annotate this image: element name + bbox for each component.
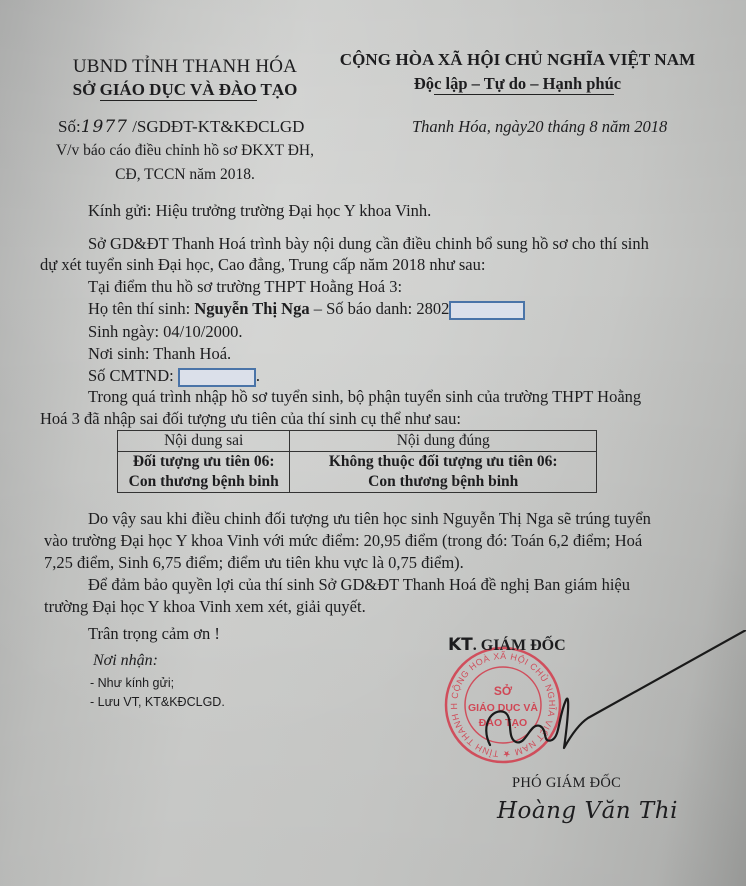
result-paragraph-line3: 7,25 điểm, Sinh 6,75 điểm; điểm ưu tiên … (44, 552, 464, 574)
correction-table: Nội dung sai Nội dung đúng Đối tượng ưu … (117, 430, 597, 493)
handwritten-number: 1977 (81, 117, 128, 137)
column-header-correct: Nội dung đúng (290, 431, 597, 452)
table-row: Đối tượng ưu tiên 06: Không thuộc đối tư… (118, 452, 597, 473)
recipient-item: - Lưu VT, KT&KĐCLGD. (90, 695, 225, 709)
official-seal-icon: CỘNG HOÀ XÃ HỘI CHỦ NGHĨA VIỆT NAM ★ TỈN… (443, 645, 563, 765)
province-committee: UBND TỈNH THANH HÓA (40, 55, 330, 79)
correct-value-line2: Con thương bệnh binh (290, 472, 597, 493)
date-of-birth: Sinh ngày: 04/10/2000. (88, 321, 242, 343)
location-line: Tại điểm thu hồ sơ trường THPT Hoằng Hoá… (88, 276, 402, 298)
recipients-title: Nơi nhận: (93, 652, 158, 670)
request-paragraph-line2: trường Đại học Y khoa Vinh xem xét, giải… (44, 596, 366, 618)
signer-position: PHÓ GIÁM ĐỐC (512, 775, 621, 792)
svg-text:GIÁO DỤC VÀ: GIÁO DỤC VÀ (468, 701, 538, 714)
department-name: SỞ GIÁO DỤC VÀ ĐÀO TẠO (40, 79, 330, 101)
id-number-line: Số CMTND: . (88, 365, 260, 387)
request-paragraph-line1: Để đảm bảo quyền lợi của thí sinh Sở GD&… (88, 574, 630, 596)
redacted-registration-number (449, 301, 525, 320)
national-header: CỘNG HÒA XÃ HỘI CHỦ NGHĨA VIỆT NAM Độc l… (330, 48, 705, 96)
national-motto: Độc lập – Tự do – Hạnh phúc (330, 72, 705, 96)
error-paragraph-line1: Trong quá trình nhập hồ sơ tuyển sinh, b… (88, 386, 641, 408)
recipient-line: Kính gửi: Hiệu trưởng trường Đại học Y k… (88, 200, 431, 222)
recipient-item: - Như kính gửi; (90, 676, 174, 690)
closing-line: Trân trọng cảm ơn ! (88, 623, 220, 645)
signature-title: KT. GIÁM ĐỐC (448, 635, 566, 655)
column-header-wrong: Nội dung sai (118, 431, 290, 452)
redacted-id-number (178, 368, 256, 387)
intro-paragraph-line2: dự xét tuyển sinh Đại học, Cao đẳng, Tru… (40, 254, 485, 276)
svg-text:SỞ: SỞ (494, 683, 513, 698)
wrong-value-line2: Con thương bệnh binh (118, 472, 290, 493)
place-of-birth: Nơi sinh: Thanh Hoá. (88, 343, 231, 365)
country-name: CỘNG HÒA XÃ HỘI CHỦ NGHĨA VIỆT NAM (330, 48, 705, 72)
issuing-authority-header: UBND TỈNH THANH HÓA SỞ GIÁO DỤC VÀ ĐÀO T… (40, 55, 330, 101)
signer-name: Hoàng Văn Thi (497, 798, 678, 824)
result-paragraph-line1: Do vậy sau khi điều chinh đối tượng ưu t… (88, 508, 651, 530)
error-paragraph-line2: Hoá 3 đã nhập sai đối tượng ưu tiên của … (40, 408, 461, 430)
candidate-line: Họ tên thí sinh: Nguyễn Thị Nga – Số báo… (88, 298, 525, 320)
document-date: Thanh Hóa, ngày20 tháng 8 năm 2018 (412, 117, 667, 137)
document-subject: V/v báo cáo điều chỉnh hồ sơ ĐKXT ĐH, CĐ… (50, 139, 320, 187)
table-row: Con thương bệnh binh Con thương bệnh bin… (118, 472, 597, 493)
intro-paragraph-line1: Sở GD&ĐT Thanh Hoá trình bày nội dung cầ… (88, 233, 649, 255)
document-number: Số:1977 /SGDĐT-KT&KĐCLGD (58, 117, 304, 137)
svg-text:ĐÀO TẠO: ĐÀO TẠO (479, 716, 527, 729)
wrong-value-line1: Đối tượng ưu tiên 06: (118, 452, 290, 473)
table-header-row: Nội dung sai Nội dung đúng (118, 431, 597, 452)
result-paragraph-line2: vào trường Đại học Y khoa Vinh với mức đ… (44, 530, 642, 552)
correct-value-line1: Không thuộc đối tượng ưu tiên 06: (290, 452, 597, 473)
handwritten-day: 20 (527, 117, 544, 136)
candidate-name: Nguyễn Thị Nga (194, 299, 309, 318)
